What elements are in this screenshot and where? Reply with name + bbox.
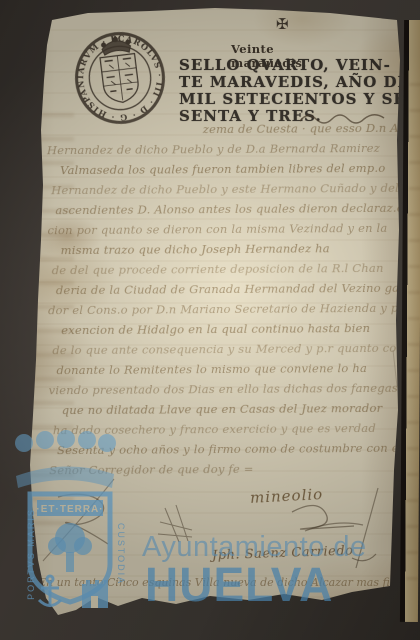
- manuscript-line: zema de Cuesta · que esso D.n Alonso ton…: [45, 121, 397, 143]
- closing-line: En un tanto Cinco esquinas Villa nueva d…: [38, 576, 402, 589]
- stamped-text-line: MIL SETECIENTOS Y SE-: [179, 91, 409, 108]
- manuscript-line: Hernandez de dicho Pueblo y de D.a Berna…: [45, 141, 397, 163]
- stamped-text-line: SELLO QVARTO, VEIN-: [179, 57, 409, 74]
- manuscript-line: ha dado cosechero y franco exercicio y q…: [47, 421, 399, 443]
- stamped-text-block: SELLO QVARTO, VEIN-TE MARAVEDIS, AÑO DEM…: [179, 57, 409, 125]
- manuscript-line: dor el Cons.o por D.n Mariano Secretario…: [46, 301, 398, 323]
- manuscript-line: exencion de Hidalgo en la qual continuo …: [46, 321, 398, 343]
- manuscript-line: de lo que ante consequencia y su Merced …: [46, 341, 398, 363]
- maltese-cross-icon: ✠: [276, 15, 296, 33]
- manuscript-line: Sesenta y ocho años y lo firmo como de c…: [47, 441, 399, 463]
- manuscript-page: ✠ Veinte marauedis. SELLO QVARTO, VEIN-T…: [0, 0, 420, 640]
- signature-name: Jph. Saenz Carriedo: [212, 544, 354, 564]
- stamped-text-line: TE MARAVEDIS, AÑO DE: [179, 74, 409, 91]
- manuscript-line: donante lo Remitentes lo mismo que convi…: [46, 361, 398, 383]
- manuscript-line: cion por quanto se dieron con la misma V…: [45, 221, 397, 243]
- manuscript-line: que no dilatada Llave que en Casas del J…: [47, 401, 399, 423]
- archive-photo: ✠ Veinte marauedis. SELLO QVARTO, VEIN-T…: [0, 0, 420, 640]
- manuscript-line: ascendientes D. Alonso antes los quales …: [45, 201, 397, 223]
- adjacent-page-ghost-text: [406, 60, 420, 580]
- seal-coat-of-arms: [100, 54, 140, 105]
- manuscript-line: misma trazo que dicho Joseph Hernandez h…: [46, 241, 398, 263]
- handwritten-word: mineolio: [250, 485, 324, 507]
- manuscript-line: Señor Corregidor de que doy fe =: [47, 461, 399, 483]
- manuscript-line: de del que procede corriente deposicion …: [46, 261, 398, 283]
- manuscript-line: Hernandez de dicho Pueblo y este Hermano…: [45, 181, 397, 203]
- royal-seal-stamp: CAROLVS · III · D · G · HISPANIARVM · RE…: [69, 26, 172, 131]
- manuscript-line: Valmaseda los quales fueron tambien libr…: [45, 161, 397, 183]
- adjacent-page-edge: [400, 20, 420, 622]
- manuscript-line: viendo presentado dos Dias en ello las d…: [47, 381, 399, 403]
- manuscript-line: deria de la Ciudad de Granada Hermandad …: [46, 281, 398, 303]
- manuscript-body: zema de Cuesta · que esso D.n Alonso ton…: [45, 121, 400, 483]
